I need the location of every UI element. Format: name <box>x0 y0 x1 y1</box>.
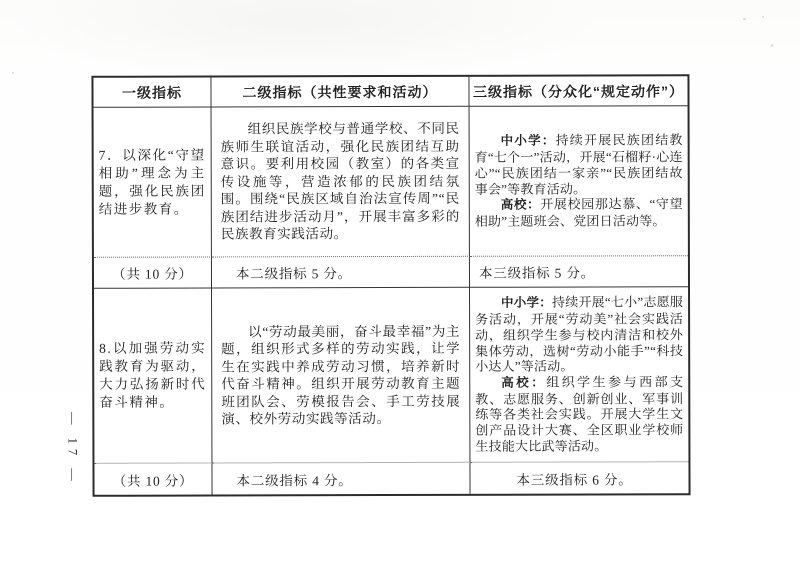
page-number-vertical: — 17 — <box>62 412 82 486</box>
scan-noise-speck <box>762 16 764 18</box>
row2-score-level1: （共 10 分） <box>94 463 212 494</box>
row2-level2-text: 以“劳动最美丽，奋斗最幸福”为主题，组织形式多样的劳动实践，让学生在实践中养成劳… <box>221 322 460 428</box>
row2-score-level2: 本二级指标 4 分。 <box>212 463 470 495</box>
row2-level1-cell: 8.以加强劳动实践教育为驱动，大力弘扬新时代奋斗精神。 <box>94 288 212 463</box>
label-college: 高校： <box>501 376 546 390</box>
label-primary-secondary: 中小学： <box>501 134 556 148</box>
scanned-document-page: — 17 — 一级指标 二级指标（共性要求和活动） 三级指标（分众化“规定动作”… <box>0 0 800 564</box>
row2-level3-colleges: 高校：组织学生参与西部支教、志愿服务、创新创业、军事训练等各类社会实践。开展大学… <box>475 374 683 454</box>
header-level1: 一级指标 <box>93 77 211 107</box>
row1-level3-cell: 中小学：持续开展民族团结教育“七个一”活动，开展“石榴籽·心连心”“民族团结一家… <box>470 106 688 257</box>
row2-score-level3: 本三级指标 6 分。 <box>470 462 688 494</box>
header-level3: 三级指标（分众化“规定动作”） <box>469 76 687 107</box>
label-college: 高校： <box>501 198 541 212</box>
scan-noise-speck <box>770 44 773 48</box>
row2-level3-schools: 中小学：持续开展“七小”志愿服务活动，开展“劳动美”社会实践活动，组织学生参与校… <box>475 295 683 375</box>
row2-level1-text: 8.以加强劳动实践教育为驱动，大力弘扬新时代奋斗精神。 <box>99 339 206 411</box>
row2-level2-cell: 以“劳动最美丽，奋斗最幸福”为主题，组织形式多样的劳动实践，让学生在实践中养成劳… <box>212 288 470 464</box>
indicator-table: 一级指标 二级指标（共性要求和活动） 三级指标（分众化“规定动作”） 7．以深化… <box>91 74 690 497</box>
row1-level3-schools: 中小学：持续开展民族团结教育“七个一”活动，开展“石榴籽·心连心”“民族团结一家… <box>475 133 683 197</box>
row2-level3-cell: 中小学：持续开展“七小”志愿服务活动，开展“劳动美”社会实践活动，组织学生参与校… <box>470 287 688 463</box>
label-primary-secondary: 中小学： <box>501 296 552 310</box>
row1-score-level3: 本三级指标 5 分。 <box>470 256 688 288</box>
row1-level2-text: 组织民族学校与普通学校、不同民族师生联谊活动，强化民族团结互助意识。要利用校园（… <box>221 120 460 243</box>
scan-noise-speck <box>743 18 746 20</box>
header-level2: 二级指标（共性要求和活动） <box>211 77 469 108</box>
row1-score-level1: （共 10 分） <box>94 257 212 288</box>
row1-level3-colleges: 高校：开展校园那达慕、“守望相助”主题班会、党团日活动等。 <box>475 196 683 229</box>
row1-level1-cell: 7．以深化“守望相助”理念为主题，强化民族团结进步教育。 <box>94 107 212 257</box>
row1-score-level2: 本二级指标 5 分。 <box>212 257 470 289</box>
row1-level1-text: 7．以深化“守望相助”理念为主题，强化民族团结进步教育。 <box>99 146 206 218</box>
scan-noise-speck <box>12 72 14 74</box>
row1-level2-cell: 组织民族学校与普通学校、不同民族师生联谊活动，强化民族团结互助意识。要利用校园（… <box>212 107 470 258</box>
